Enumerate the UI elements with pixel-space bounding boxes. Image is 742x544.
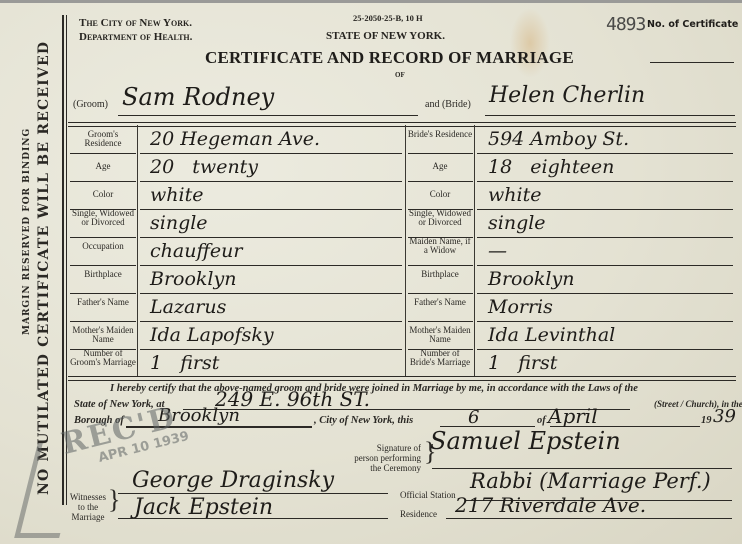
table-row-rule bbox=[140, 265, 402, 266]
of-text: of bbox=[537, 415, 546, 426]
bride-row-value: 594 Amboy St. bbox=[488, 128, 629, 150]
table-row-rule bbox=[408, 209, 473, 210]
table-row-rule bbox=[477, 181, 733, 182]
table-row-rule bbox=[477, 209, 733, 210]
officiant-residence: 217 Riverdale Ave. bbox=[455, 493, 646, 517]
table-row-rule bbox=[477, 153, 733, 154]
bride-row-value: 18 eighteen bbox=[488, 156, 614, 178]
groom-label-divider bbox=[137, 125, 138, 377]
groom-row-value: 1 first bbox=[150, 352, 219, 374]
groom-name-line bbox=[118, 115, 418, 116]
bride-label: and (Bride) bbox=[425, 99, 471, 110]
table-row-rule bbox=[70, 153, 136, 154]
bride-label-divider bbox=[474, 125, 475, 377]
certification-statement: I hereby certify that the above-named gr… bbox=[110, 383, 638, 394]
table-row-rule bbox=[408, 153, 473, 154]
table-row-rule bbox=[140, 237, 402, 238]
table-row-rule bbox=[70, 237, 136, 238]
bride-row-label: Bride's Residence bbox=[407, 130, 473, 140]
witness-2: Jack Epstein bbox=[134, 495, 273, 520]
certificate-number-label: No. of Certificate bbox=[647, 19, 738, 30]
table-row-rule bbox=[140, 321, 402, 322]
department-name: Department of Health. bbox=[79, 30, 192, 44]
city-text: , City of New York, this bbox=[314, 415, 413, 426]
bride-row-label: Color bbox=[407, 190, 473, 200]
groom-row-label: Occupation bbox=[70, 242, 136, 252]
bride-row-label: Father's Name bbox=[407, 298, 473, 308]
column-divider bbox=[405, 125, 406, 377]
groom-row-label: Color bbox=[70, 190, 136, 200]
mutilation-note: NO MUTILATED CERTIFICATE WILL BE RECEIVE… bbox=[36, 41, 52, 495]
table-row-rule bbox=[70, 209, 136, 210]
groom-row-value: Lazarus bbox=[150, 296, 226, 318]
table-row-rule bbox=[70, 181, 136, 182]
groom-row-label: Mother's Maiden Name bbox=[70, 326, 136, 345]
table-row-rule bbox=[408, 349, 473, 350]
certificate-number: 4893 bbox=[606, 14, 645, 35]
table-row-rule bbox=[140, 153, 402, 154]
city-name: The City of New York. bbox=[79, 16, 192, 30]
station-label: Official Station bbox=[400, 490, 456, 500]
table-row-rule bbox=[70, 293, 136, 294]
document-title: CERTIFICATE AND RECORD OF MARRIAGE bbox=[205, 48, 574, 68]
groom-row-label: Groom's Residence bbox=[70, 130, 136, 149]
table-row-rule bbox=[70, 349, 136, 350]
table-row-rule bbox=[477, 237, 733, 238]
residence-line bbox=[446, 518, 732, 519]
bride-row-value: Morris bbox=[488, 296, 553, 318]
table-bottom-rule bbox=[68, 376, 736, 381]
groom-row-value: Ida Lapofsky bbox=[150, 324, 274, 346]
table-row-rule bbox=[408, 237, 473, 238]
groom-row-label: Father's Name bbox=[70, 298, 136, 308]
certificate-number-line bbox=[650, 62, 734, 63]
witness-1-line bbox=[118, 493, 388, 494]
table-row-rule bbox=[477, 265, 733, 266]
table-row-rule bbox=[70, 265, 136, 266]
bride-row-label: Mother's Maiden Name bbox=[407, 326, 473, 345]
groom-row-value: white bbox=[150, 184, 203, 206]
table-row-rule bbox=[408, 293, 473, 294]
bride-row-value: Ida Levinthal bbox=[488, 324, 615, 346]
groom-row-label: Single, Widowed or Divorced bbox=[70, 209, 136, 228]
bride-row-value: — bbox=[488, 240, 507, 262]
state-name: STATE OF NEW YORK. bbox=[326, 30, 445, 42]
bride-row-label: Single, Widowed or Divorced bbox=[407, 209, 473, 228]
groom-row-label: Birthplace bbox=[70, 270, 136, 280]
bride-row-label: Age bbox=[407, 162, 473, 172]
title-of: OF bbox=[395, 71, 405, 79]
bride-row-value: 1 first bbox=[488, 352, 557, 374]
year-prefix: 19 bbox=[701, 415, 712, 426]
officiant-signature: Samuel Epstein bbox=[430, 427, 621, 455]
table-row-rule bbox=[477, 321, 733, 322]
groom-row-value: single bbox=[150, 212, 208, 234]
table-row-rule bbox=[408, 181, 473, 182]
issuer-header: The City of New York. Department of Heal… bbox=[79, 16, 192, 44]
bride-row-label: Maiden Name, if a Widow bbox=[407, 237, 473, 256]
bride-name-line bbox=[485, 115, 735, 116]
table-row-rule bbox=[408, 265, 473, 266]
binding-note: MARGIN RESERVED FOR BINDING bbox=[22, 128, 32, 335]
groom-row-value: 20 Hegeman Ave. bbox=[150, 128, 320, 150]
witnesses-brace: } bbox=[108, 487, 120, 513]
groom-row-value: chauffeur bbox=[150, 240, 242, 262]
day: 6 bbox=[468, 407, 479, 428]
table-row-rule bbox=[140, 209, 402, 210]
bride-row-value: Brooklyn bbox=[488, 268, 574, 290]
bride-name: Helen Cherlin bbox=[489, 83, 645, 108]
table-row-rule bbox=[140, 349, 402, 350]
groom-row-value: Brooklyn bbox=[150, 268, 236, 290]
table-row-rule bbox=[140, 181, 402, 182]
year: 39 bbox=[713, 406, 736, 427]
official-station: Rabbi (Marriage Perf.) bbox=[470, 469, 711, 493]
table-row-rule bbox=[477, 293, 733, 294]
bride-row-label: Birthplace bbox=[407, 270, 473, 280]
witnesses-label: Witnessesto theMarriage bbox=[66, 492, 110, 522]
residence-label: Residence bbox=[400, 509, 437, 519]
month: April bbox=[548, 404, 598, 428]
groom-name: Sam Rodney bbox=[122, 83, 274, 111]
groom-label: (Groom) bbox=[73, 99, 108, 110]
marriage-certificate: MARGIN RESERVED FOR BINDING NO MUTILATED… bbox=[0, 3, 742, 544]
table-row-rule bbox=[477, 349, 733, 350]
table-row-rule bbox=[70, 321, 136, 322]
table-top-rule bbox=[68, 122, 736, 127]
bride-row-label: Number of Bride's Marriage bbox=[407, 349, 473, 368]
groom-row-label: Age bbox=[70, 162, 136, 172]
groom-row-label: Number of Groom's Marriage bbox=[70, 349, 136, 368]
groom-row-value: 20 twenty bbox=[150, 156, 258, 178]
witness-1: George Draginsky bbox=[132, 468, 334, 493]
bride-row-value: white bbox=[488, 184, 541, 206]
table-row-rule bbox=[408, 321, 473, 322]
form-number: 25-2050-25-B, 10 H bbox=[353, 13, 423, 23]
witness-2-line bbox=[118, 518, 388, 519]
bride-row-value: single bbox=[488, 212, 546, 234]
table-row-rule bbox=[140, 293, 402, 294]
